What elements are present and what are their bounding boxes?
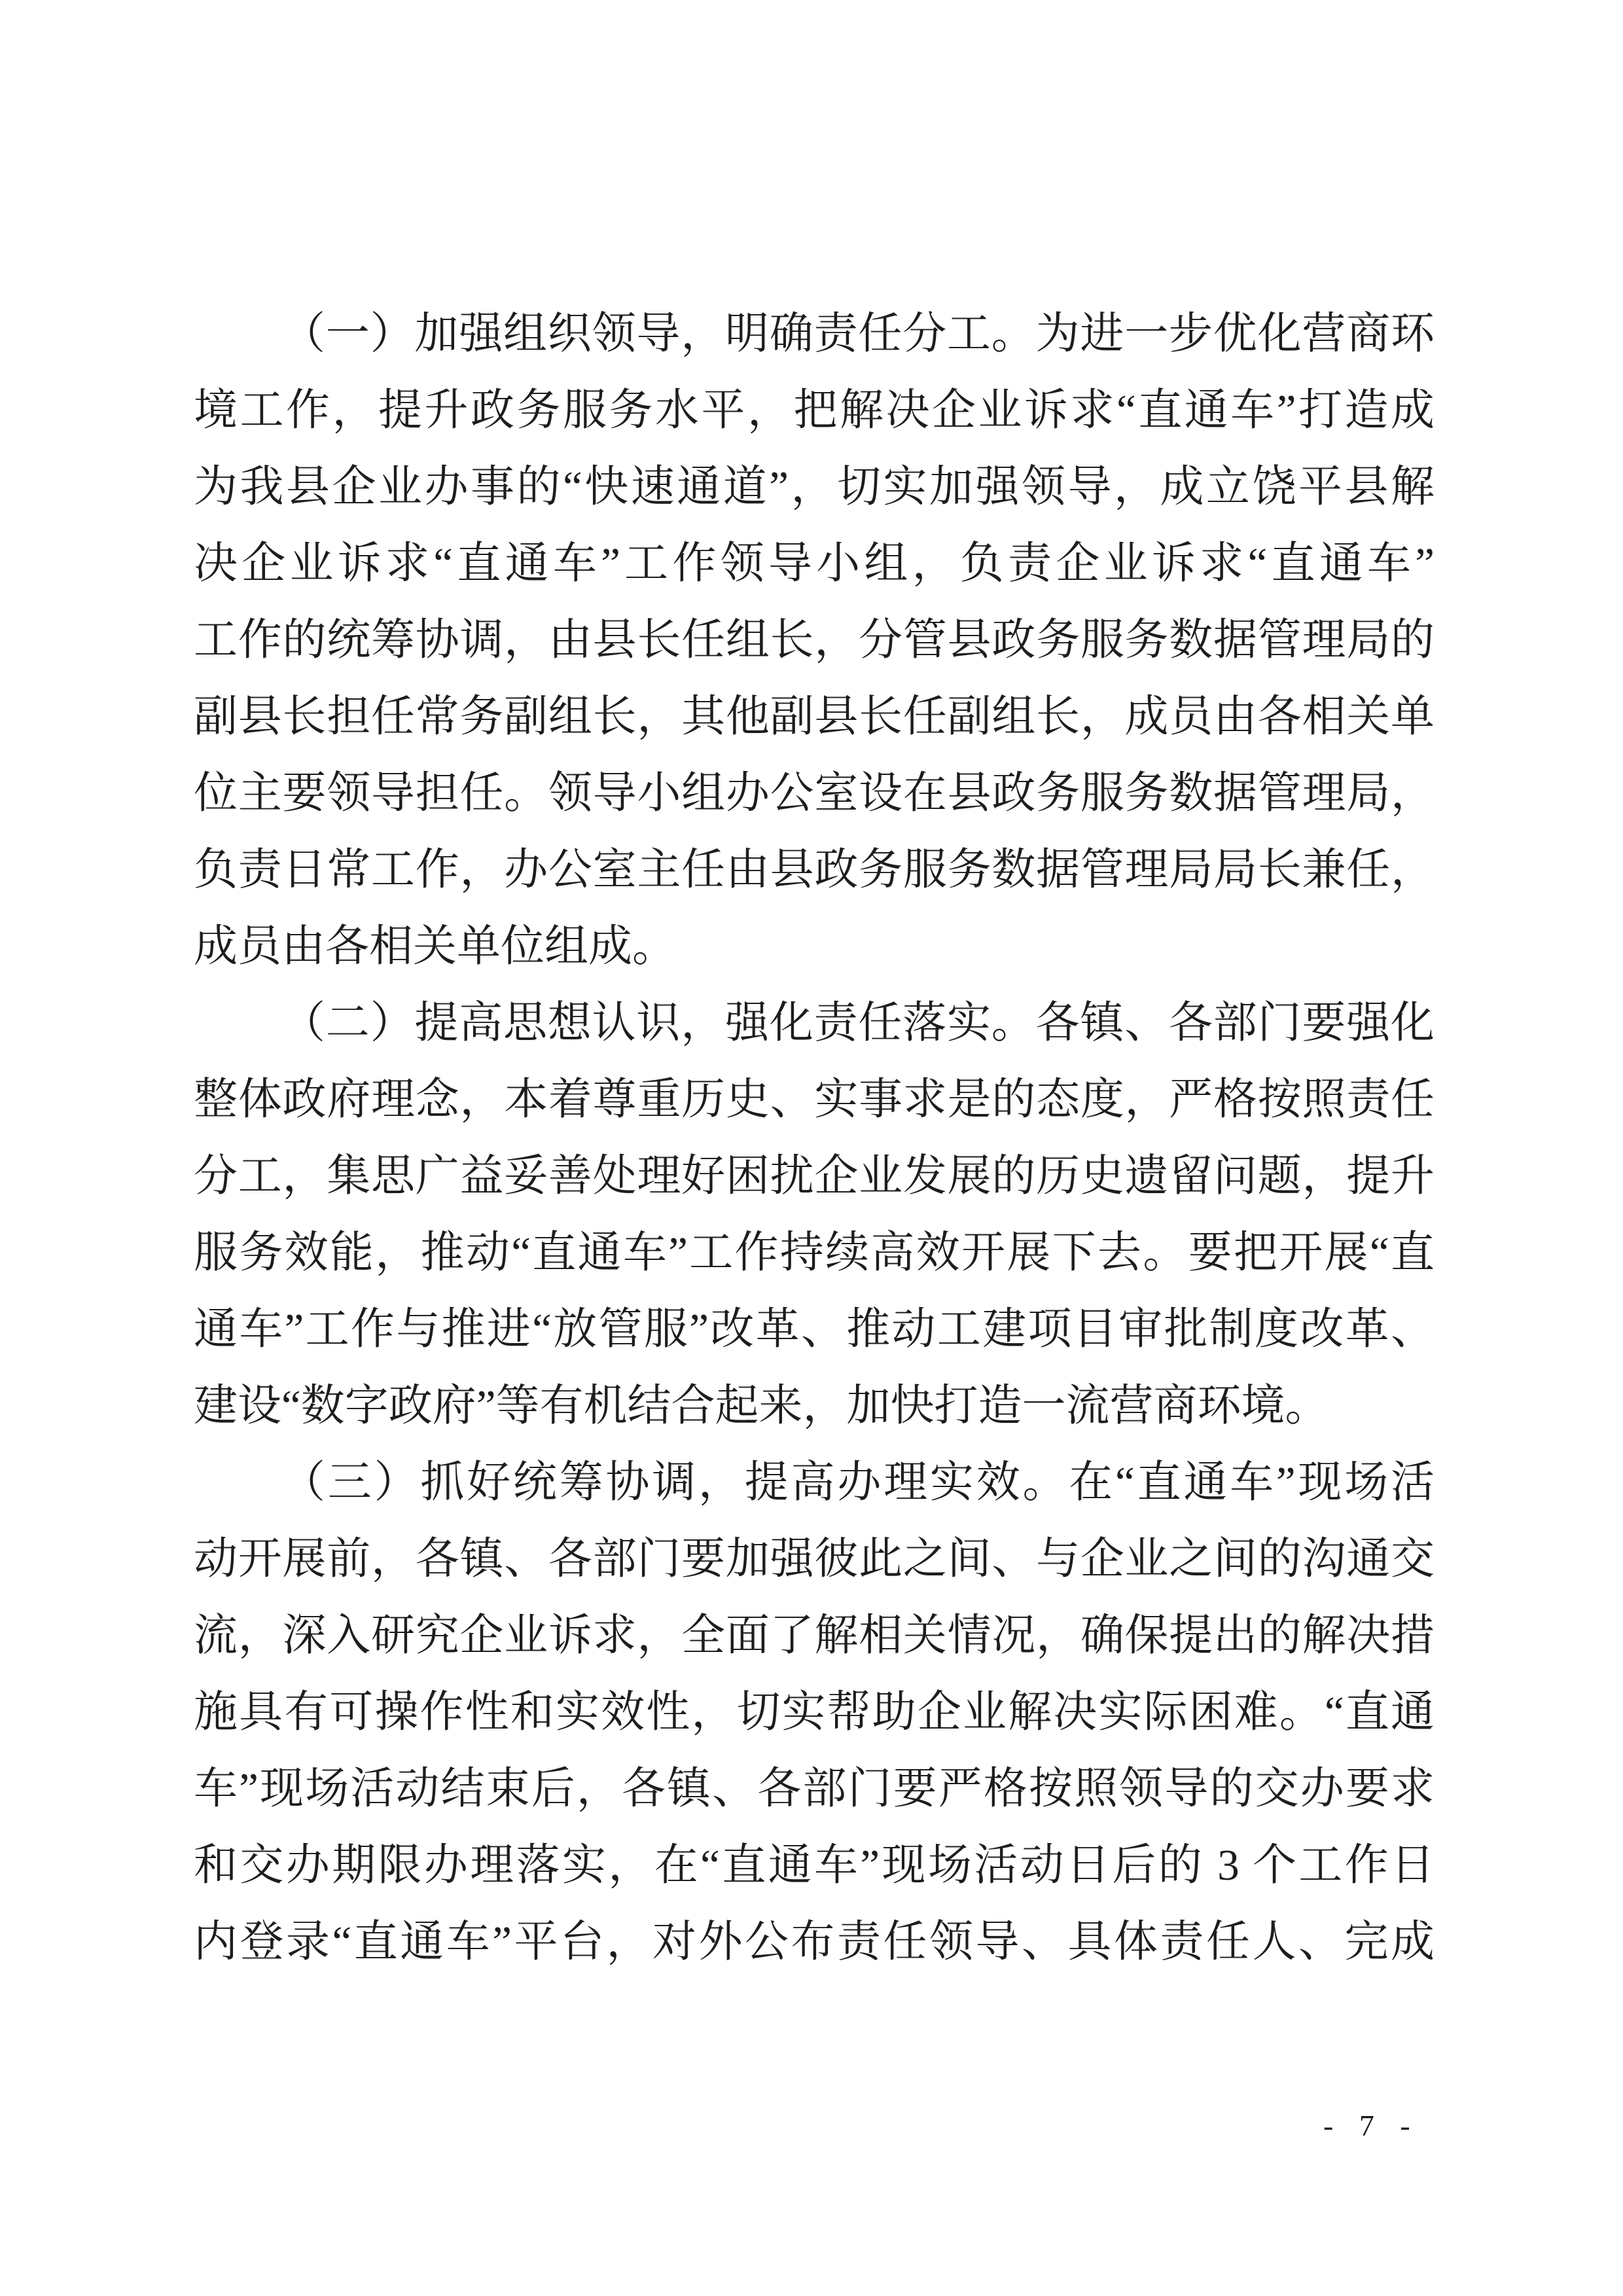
text-line-1: （一）加强组织领导，明确责任分工。为进一步优化营商环 xyxy=(194,296,1435,372)
text-line-10: （二）提高思想认识，强化责任落实。各镇、各部门要强化 xyxy=(194,985,1435,1062)
text-line-19: 施具有可操作性和实效性，切实帮助企业解决实际困难。“直通 xyxy=(194,1674,1435,1751)
text-line-4: 决企业诉求“直通车”工作领导小组，负责企业诉求“直通车” xyxy=(194,526,1435,602)
text-line-22: 内登录“直通车”平台，对外公布责任领导、具体责任人、完成 xyxy=(194,1904,1435,1981)
text-line-7: 位主要领导担任。领导小组办公室设在县政务服务数据管理局， xyxy=(194,755,1435,832)
text-line-13: 服务效能，推动“直通车”工作持续高效开展下去。要把开展“直 xyxy=(194,1215,1435,1291)
text-line-6: 副县长担任常务副组长，其他副县长任副组长，成员由各相关单 xyxy=(194,679,1435,755)
text-line-5: 工作的统筹协调，由县长任组长，分管县政务服务数据管理局的 xyxy=(194,602,1435,679)
text-line-8: 负责日常工作，办公室主任由县政务服务数据管理局局长兼任， xyxy=(194,832,1435,908)
text-line-2: 境工作，提升政务服务水平，把解决企业诉求“直通车”打造成 xyxy=(194,372,1435,449)
page-number: - 7 - xyxy=(1323,2106,1419,2145)
text-line-9: 成员由各相关单位组成。 xyxy=(194,908,1435,985)
text-line-18: 流，深入研究企业诉求，全面了解相关情况，确保提出的解决措 xyxy=(194,1598,1435,1674)
text-line-15: 建设“数字政府”等有机结合起来，加快打造一流营商环境。 xyxy=(194,1368,1435,1444)
text-line-3: 为我县企业办事的“快速通道”，切实加强领导，成立饶平县解 xyxy=(194,449,1435,526)
text-line-11: 整体政府理念，本着尊重历史、实事求是的态度，严格按照责任 xyxy=(194,1062,1435,1138)
text-line-12: 分工，集思广益妥善处理好困扰企业发展的历史遗留问题，提升 xyxy=(194,1138,1435,1215)
document-body: （一）加强组织领导，明确责任分工。为进一步优化营商环 境工作，提升政务服务水平，… xyxy=(194,296,1435,1981)
text-line-16: （三）抓好统筹协调，提高办理实效。在“直通车”现场活 xyxy=(194,1444,1435,1521)
text-line-21: 和交办期限办理落实，在“直通车”现场活动日后的 3 个工作日 xyxy=(194,1827,1435,1904)
text-line-20: 车”现场活动结束后，各镇、各部门要严格按照领导的交办要求 xyxy=(194,1751,1435,1827)
text-line-17: 动开展前，各镇、各部门要加强彼此之间、与企业之间的沟通交 xyxy=(194,1521,1435,1598)
text-line-14: 通车”工作与推进“放管服”改革、推动工建项目审批制度改革、 xyxy=(194,1291,1435,1368)
document-page: （一）加强组织领导，明确责任分工。为进一步优化营商环 境工作，提升政务服务水平，… xyxy=(0,0,1623,2296)
